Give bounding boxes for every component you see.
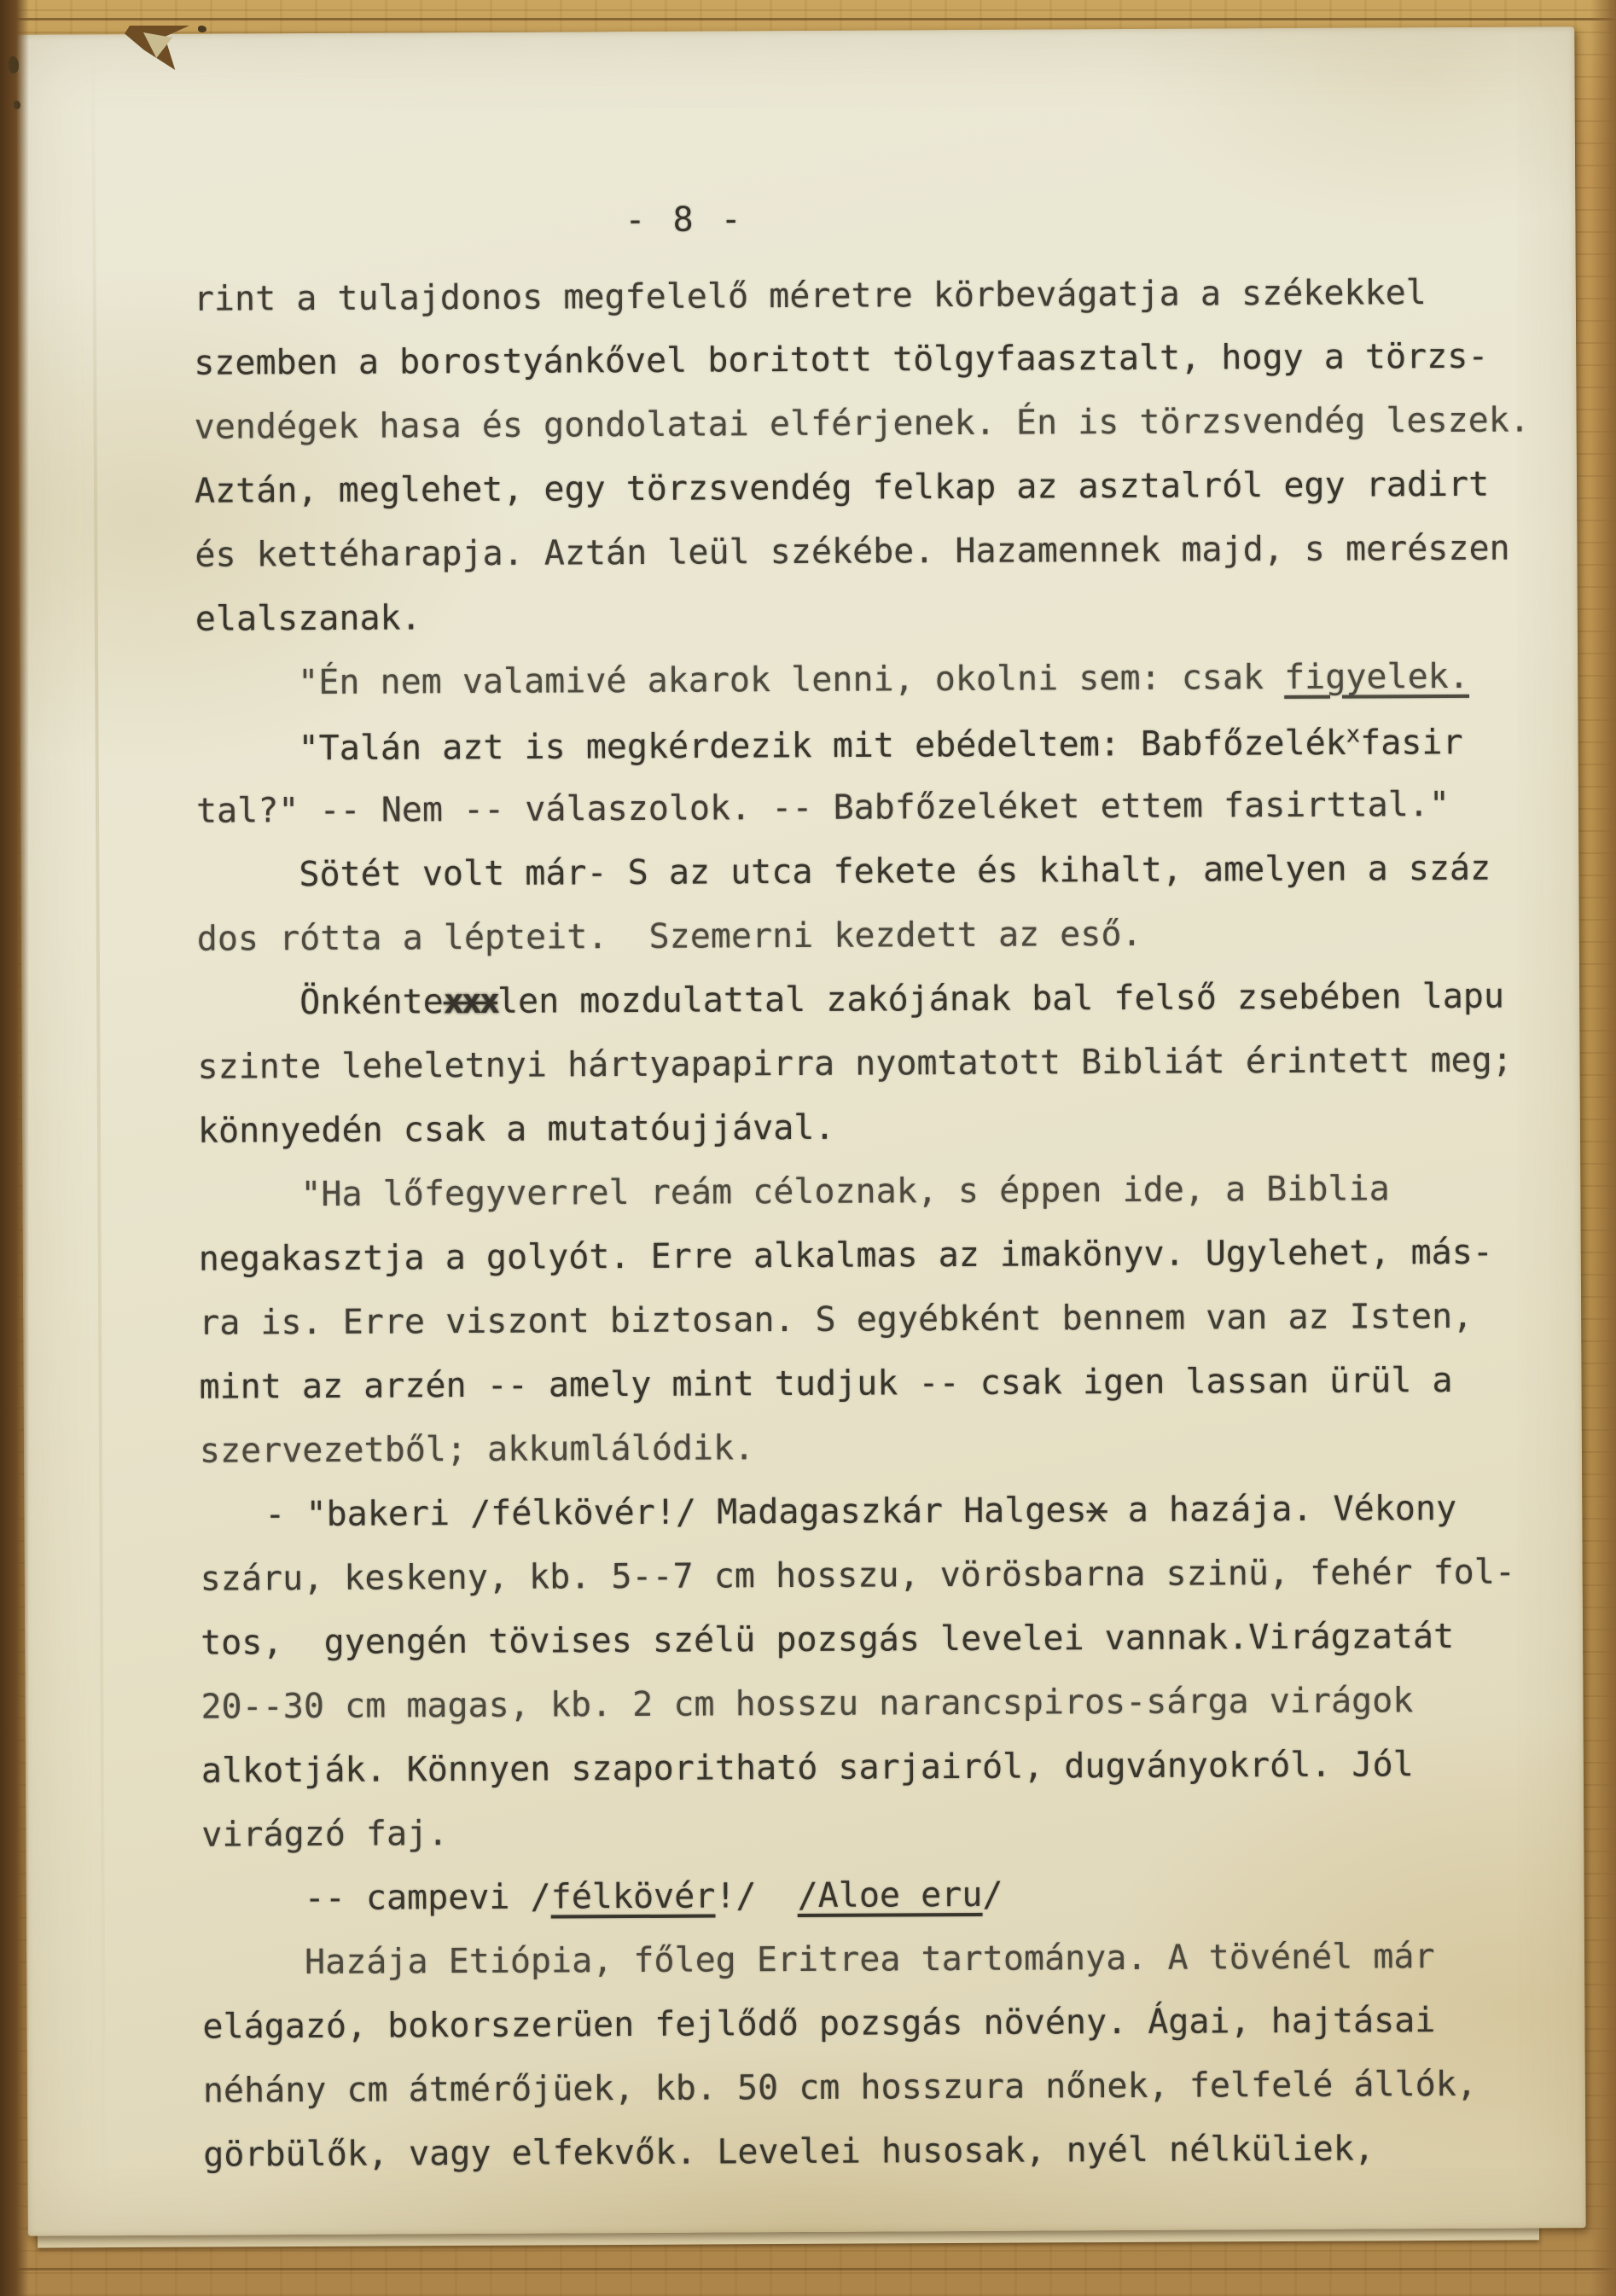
text-segment: Aztán, meglehet, egy törzsvendég felkap … bbox=[195, 465, 1489, 511]
typed-line: 20--30 cm magas, kb. 2 cm hosszu narancs… bbox=[201, 1680, 1583, 1751]
page-number: - 8 - bbox=[625, 200, 745, 240]
text-segment: x bbox=[1086, 1491, 1107, 1530]
text-segment: ra is. Erre viszont biztosan. S egyébkén… bbox=[199, 1297, 1473, 1343]
text-segment: és kettéharapja. Aztán leül székébe. Haz… bbox=[195, 529, 1509, 575]
text-segment: félkövér bbox=[551, 1877, 716, 1917]
typed-line: görbülők, vagy elfekvők. Levelei husosak… bbox=[203, 2128, 1585, 2199]
text-segment: elalszanak. bbox=[195, 598, 421, 638]
typed-line: szemben a borostyánkővel boritott tölgyf… bbox=[194, 336, 1576, 407]
typed-line: könnyedén csak a mutatóujjával. bbox=[198, 1104, 1580, 1175]
text-segment: figyelek. bbox=[1284, 657, 1469, 697]
wood-plank-seam-top bbox=[0, 18, 1616, 20]
typed-line: elágazó, bokorszerüen fejlődő pozsgás nö… bbox=[202, 2000, 1584, 2071]
text-segment: alkotják. Könnyen szaporitható sarjairól… bbox=[201, 1745, 1414, 1790]
text-segment: fasir bbox=[1360, 723, 1463, 763]
text-segment: tal?" -- Nem -- válaszolok. -- Babfőzelé… bbox=[196, 785, 1450, 831]
text-segment: tos, gyengén tövises szélü pozsgás level… bbox=[201, 1617, 1454, 1663]
typed-line: Aztán, meglehet, egy törzsvendég felkap … bbox=[195, 464, 1577, 535]
typed-line: - "bakeri /félkövér!/ Madagaszkár Halges… bbox=[200, 1488, 1582, 1559]
text-segment: mint az arzén -- amely mint tudjuk -- cs… bbox=[199, 1361, 1452, 1407]
text-segment: "Talán azt is megkérdezik mit ebédeltem:… bbox=[299, 724, 1346, 768]
typed-line: rint a tulajdonos megfelelő méretre körb… bbox=[194, 272, 1576, 343]
typed-line: "Én nem valamivé akarok lenni, okolni se… bbox=[195, 656, 1578, 727]
typed-line: "Talán azt is megkérdezik mit ebédeltem:… bbox=[196, 720, 1578, 791]
typed-line: néhány cm átmérőjüek, kb. 50 cm hosszura… bbox=[203, 2064, 1585, 2135]
text-segment: / bbox=[982, 1875, 1003, 1915]
text-segment: elágazó, bokorszerüen fejlődő pozsgás nö… bbox=[202, 2001, 1435, 2047]
typed-line: és kettéharapja. Aztán leül székébe. Haz… bbox=[195, 528, 1577, 599]
text-segment: szervezetből; akkumlálódik. bbox=[200, 1428, 754, 1470]
text-segment: x bbox=[1346, 722, 1361, 748]
desk-right-edge bbox=[1590, 0, 1616, 2296]
text-segment: Sötét volt már- S az utca fekete és kiha… bbox=[299, 849, 1491, 894]
desk-left-edge bbox=[0, 0, 29, 2296]
text-segment: 20--30 cm magas, kb. 2 cm hosszu narancs… bbox=[201, 1681, 1413, 1726]
typed-line: tos, gyengén tövises szélü pozsgás level… bbox=[201, 1616, 1583, 1687]
text-segment: /Aloe eru bbox=[798, 1875, 983, 1915]
typed-line: vendégek hasa és gondolatai elférjenek. … bbox=[195, 400, 1577, 471]
paper-crease bbox=[91, 34, 107, 2235]
typed-line: száru, keskeny, kb. 5--7 cm hosszu, vörö… bbox=[201, 1552, 1583, 1623]
text-segment: - "bakeri /félkövér!/ Madagaszkár Halges bbox=[264, 1491, 1087, 1534]
typed-line: Sötét volt már- S az utca fekete és kiha… bbox=[196, 848, 1578, 919]
photo-canvas: { "page": { "page_number": "- 8 -" }, "c… bbox=[0, 0, 1616, 2296]
typewritten-page: - 8 - rint a tulajdonos megfelelő méretr… bbox=[16, 26, 1585, 2236]
typed-text-block: rint a tulajdonos megfelelő méretre körb… bbox=[194, 272, 1586, 2199]
typed-line: elalszanak. bbox=[195, 592, 1578, 663]
typed-line: szervezetből; akkumlálódik. bbox=[200, 1424, 1582, 1495]
text-segment: "Én nem valamivé akarok lenni, okolni se… bbox=[298, 658, 1284, 702]
typed-line: ra is. Erre viszont biztosan. S egyébkén… bbox=[199, 1296, 1581, 1367]
wood-plank-seam-bottom bbox=[0, 2268, 1616, 2270]
typed-line: alkotják. Könnyen szaporitható sarjairól… bbox=[201, 1744, 1584, 1815]
text-segment: Hazája Etiópia, főleg Eritrea tartománya… bbox=[305, 1937, 1435, 1982]
typed-line: negakasztja a golyót. Erre alkalmas az i… bbox=[199, 1232, 1581, 1303]
text-segment: -- campevi / bbox=[305, 1878, 551, 1919]
typed-line: Hazája Etiópia, főleg Eritrea tartománya… bbox=[202, 1936, 1584, 2007]
text-segment: néhány cm átmérőjüek, kb. 50 cm hosszura… bbox=[203, 2065, 1477, 2111]
text-segment: len mozdulattal zakójának bal felső zseb… bbox=[497, 977, 1504, 1021]
typed-line: szinte leheletnyi hártyapapirra nyomtato… bbox=[197, 1040, 1579, 1111]
text-segment: dos rótta a lépteit. Szemerni kezdett az… bbox=[197, 915, 1142, 959]
debris-speck bbox=[9, 56, 19, 73]
text-segment: Önkénte bbox=[299, 982, 444, 1022]
text-segment: a hazája. Vékony bbox=[1107, 1489, 1457, 1530]
typed-line: Önkéntexxxlen mozdulattal zakójának bal … bbox=[197, 976, 1579, 1047]
typed-line: -- campevi /félkövér!/ /Aloe eru/ bbox=[202, 1872, 1584, 1943]
text-segment: rint a tulajdonos megfelelő méretre körb… bbox=[194, 273, 1427, 319]
text-segment: szinte leheletnyi hártyapapirra nyomtato… bbox=[197, 1041, 1512, 1087]
text-segment: görbülők, vagy elfekvők. Levelei husosak… bbox=[203, 2129, 1375, 2174]
typed-line: mint az arzén -- amely mint tudjuk -- cs… bbox=[199, 1360, 1581, 1431]
typed-line: virágzó faj. bbox=[201, 1808, 1584, 1879]
debris-speck bbox=[198, 26, 206, 32]
text-segment: vendégek hasa és gondolatai elférjenek. … bbox=[195, 401, 1531, 447]
text-segment: "Ha lőfegyverrel reám céloznak, s éppen … bbox=[300, 1169, 1390, 1214]
typed-line: dos rótta a lépteit. Szemerni kezdett az… bbox=[197, 912, 1579, 983]
text-segment: szemben a borostyánkővel boritott tölgyf… bbox=[194, 337, 1488, 383]
text-segment: xxx bbox=[444, 982, 497, 1021]
text-segment: negakasztja a golyót. Erre alkalmas az i… bbox=[199, 1233, 1493, 1279]
text-segment: virágzó faj. bbox=[201, 1814, 448, 1855]
text-segment: !/ bbox=[715, 1876, 798, 1916]
typed-line: tal?" -- Nem -- válaszolok. -- Babfőzelé… bbox=[196, 784, 1578, 855]
typed-line: "Ha lőfegyverrel reám céloznak, s éppen … bbox=[198, 1168, 1580, 1239]
debris-speck bbox=[14, 101, 20, 109]
text-segment: könnyedén csak a mutatóujjával. bbox=[198, 1108, 835, 1151]
text-segment: száru, keskeny, kb. 5--7 cm hosszu, vörö… bbox=[201, 1553, 1515, 1599]
